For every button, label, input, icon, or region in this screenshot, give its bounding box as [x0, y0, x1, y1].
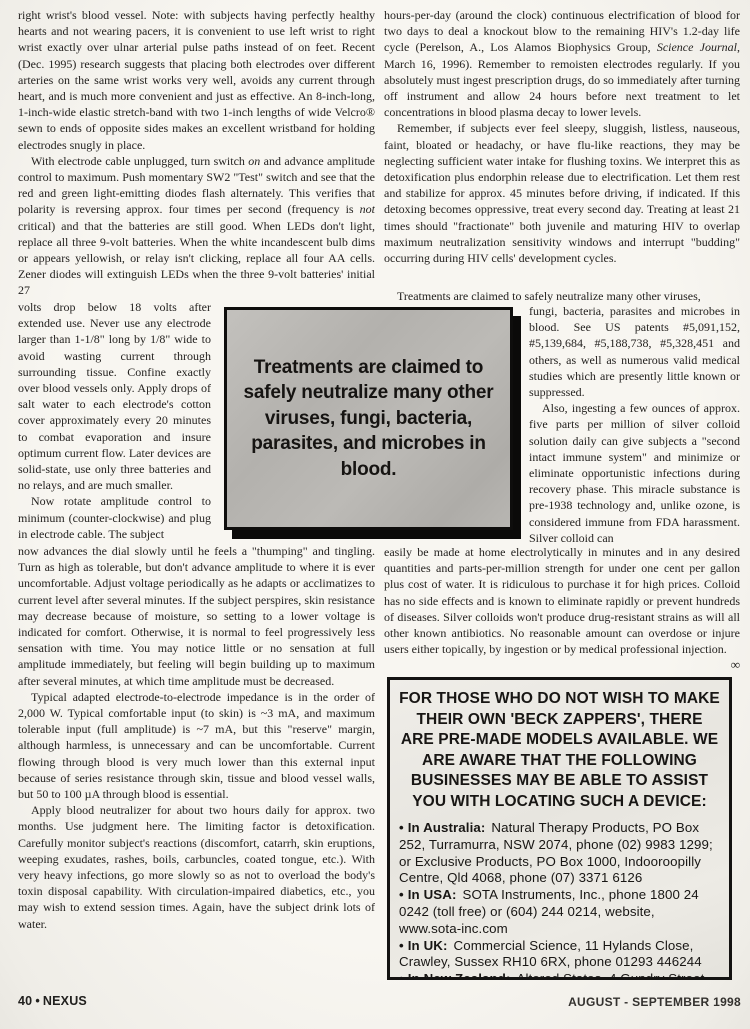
paragraph-text: critical) and that the batteries are sti… [18, 219, 375, 298]
bullet-icon: • [399, 887, 408, 902]
bullet-icon: • [399, 938, 408, 953]
right-column-top: hours-per-day (around the clock) continu… [384, 7, 740, 288]
supplier-entry-uk: •In UK:Commercial Science, 11 Hylands Cl… [399, 938, 720, 972]
paragraph: Typical adapted electrode-to-electrode i… [18, 689, 375, 802]
paragraph-text: Apply blood neutralizer for about two ho… [18, 803, 375, 930]
paragraph: easily be made at home electrolytically … [384, 544, 740, 657]
paragraph-text: fungi, bacteria, parasites and microbes … [529, 304, 740, 399]
italic-text: Science Journal [657, 40, 737, 54]
paragraph-text: Remember, if subjects ever feel sleepy, … [384, 121, 740, 265]
paragraph: Now rotate amplitude control to minimum … [18, 493, 211, 542]
paragraph-text: Typical adapted electrode-to-electrode i… [18, 690, 375, 801]
magazine-page: right wrist's blood vessel. Note: with s… [0, 0, 750, 1029]
pull-quote-box: Treatments are claimed to safely neutral… [224, 307, 513, 530]
paragraph: Recent changes in theoretical protocol b… [18, 932, 375, 935]
bullet-icon: • [399, 820, 408, 835]
paragraph: fungi, bacteria, parasites and microbes … [529, 303, 740, 400]
premade-models-box: FOR THOSE WHO DO NOT WISH TO MAKE THEIR … [387, 677, 732, 980]
paragraph: hours-per-day (around the clock) continu… [384, 7, 740, 120]
supplier-entry-australia: •In Australia:Natural Therapy Products, … [399, 820, 720, 887]
italic-text: not [360, 202, 375, 216]
paragraph: Apply blood neutralizer for about two ho… [18, 802, 375, 932]
paragraph: Also, ingesting a few ounces of approx. … [529, 400, 740, 544]
paragraph: Remember, if subjects ever feel sleepy, … [384, 120, 740, 266]
paragraph: volts drop below 18 volts after extended… [18, 299, 211, 493]
supplier-country-label: In New Zealand: [408, 971, 517, 980]
paragraph: now advances the dial slowly until he fe… [18, 543, 375, 689]
italic-text: on [248, 154, 260, 168]
supplier-country-label: In USA: [408, 887, 463, 902]
magazine-name: NEXUS [43, 994, 87, 1008]
paragraph-text: right wrist's blood vessel. Note: with s… [18, 8, 375, 152]
paragraph-text: With electrode cable unplugged, turn swi… [31, 154, 248, 168]
bullet-icon: • [399, 971, 408, 980]
paragraph-text: Also, ingesting a few ounces of approx. … [529, 401, 740, 544]
right-column-narrow: fungi, bacteria, parasites and microbes … [529, 303, 740, 544]
left-column-top: right wrist's blood vessel. Note: with s… [18, 7, 375, 299]
left-column-bottom: now advances the dial slowly until he fe… [18, 543, 375, 935]
paragraph: right wrist's blood vessel. Note: with s… [18, 7, 375, 153]
supplier-entry-new-zealand: •In New Zealand:Altered States, 4 Gundry… [399, 971, 720, 980]
footer-bullet-icon: • [32, 994, 43, 1008]
footer-left: 40•NEXUS [18, 994, 87, 1008]
footer-issue-date: AUGUST - SEPTEMBER 1998 [568, 995, 741, 1009]
paragraph: Treatments are claimed to safely neutral… [384, 288, 740, 304]
paragraph-text: Treatments are claimed to safely neutral… [397, 289, 701, 303]
right-column-middle: easily be made at home electrolytically … [384, 544, 740, 675]
paragraph-text: now advances the dial slowly until he fe… [18, 544, 375, 688]
pull-quote-text: Treatments are claimed to safely neutral… [227, 355, 510, 483]
left-column-narrow: volts drop below 18 volts after extended… [18, 299, 211, 544]
paragraph-text: Now rotate amplitude control to minimum … [18, 494, 211, 540]
page-number: 40 [18, 994, 32, 1008]
paragraph-text: volts drop below 18 volts after extended… [18, 300, 211, 492]
premade-box-header: FOR THOSE WHO DO NOT WISH TO MAKE THEIR … [399, 689, 720, 812]
paragraph-text: Recent changes in theoretical protocol b… [18, 933, 375, 935]
paragraph: With electrode cable unplugged, turn swi… [18, 153, 375, 299]
supplier-country-label: In UK: [408, 938, 454, 953]
supplier-entry-usa: •In USA:SOTA Instruments, Inc., phone 18… [399, 887, 720, 937]
supplier-country-label: In Australia: [408, 820, 492, 835]
paragraph-text: easily be made at home electrolytically … [384, 545, 740, 656]
infinity-end-mark: ∞ [723, 657, 740, 673]
